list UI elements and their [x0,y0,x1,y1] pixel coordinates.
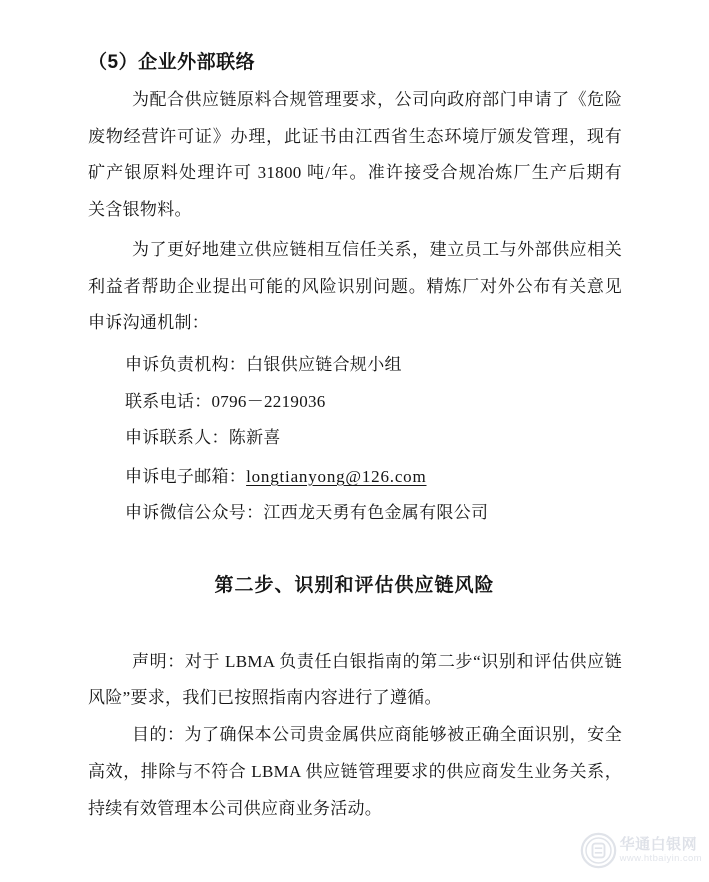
paragraph1-line: 关含银物料。 [88,197,622,223]
paragraph2-line: 利益者帮助企业提出可能的风险识别问题。精炼厂对外公布有关意见 [88,274,622,300]
paragraph1-line: 为配合供应链原料合规管理要求，公司向政府部门申请了《危险 [88,87,622,113]
watermark-site-url: www.htbaiyin.com [620,854,702,864]
section-heading-external-liaison: （5）企业外部联络 [88,50,622,76]
paragraph4-line: 持续有效管理本公司供应商业务活动。 [88,796,622,822]
paragraph4-line: 高效，排除与不符合 LBMA 供应链管理要求的供应商发生业务关系， [88,759,622,785]
contact-phone-line: 联系电话：0796－2219036 [88,389,622,415]
paragraph2-line: 为了更好地建立供应链相互信任关系，建立员工与外部供应相关 [88,237,622,263]
paragraph1-line: 矿产银原料处理许可 31800 吨/年。准许接受合规冶炼厂生产后期有 [88,160,622,186]
watermark-logo-icon [580,832,617,869]
watermark-site-name: 华通白银网 [620,837,702,852]
contact-email-line: 申诉电子邮箱：longtianyong@126.com [88,464,622,490]
paragraph2-line: 申诉沟通机制： [88,310,622,336]
step2-heading: 第二步、识别和评估供应链风险 [0,572,709,600]
contact-email-label: 申诉电子邮箱： [125,467,246,486]
paragraph3-line: 风险”要求，我们已按照指南内容进行了遵循。 [88,685,622,711]
paragraph3-line: 声明：对于 LBMA 负责任白银指南的第二步“识别和评估供应链 [88,649,622,675]
document-page: （5）企业外部联络 为配合供应链原料合规管理要求，公司向政府部门申请了《危险 废… [0,0,709,882]
contact-email-link[interactable]: longtianyong@126.com [246,467,426,486]
contact-wechat-line: 申诉微信公众号：江西龙天勇有色金属有限公司 [88,500,622,526]
paragraph1-line: 废物经营许可证》办理，此证书由江西省生态环境厅颁发管理，现有 [88,124,622,150]
site-watermark: 华通白银网 www.htbaiyin.com [580,832,702,869]
paragraph4-line: 目的：为了确保本公司贵金属供应商能够被正确全面识别，安全 [88,722,622,748]
contact-agency-line: 申诉负责机构：白银供应链合规小组 [88,352,622,378]
contact-person-line: 申诉联系人：陈新喜 [88,425,622,451]
